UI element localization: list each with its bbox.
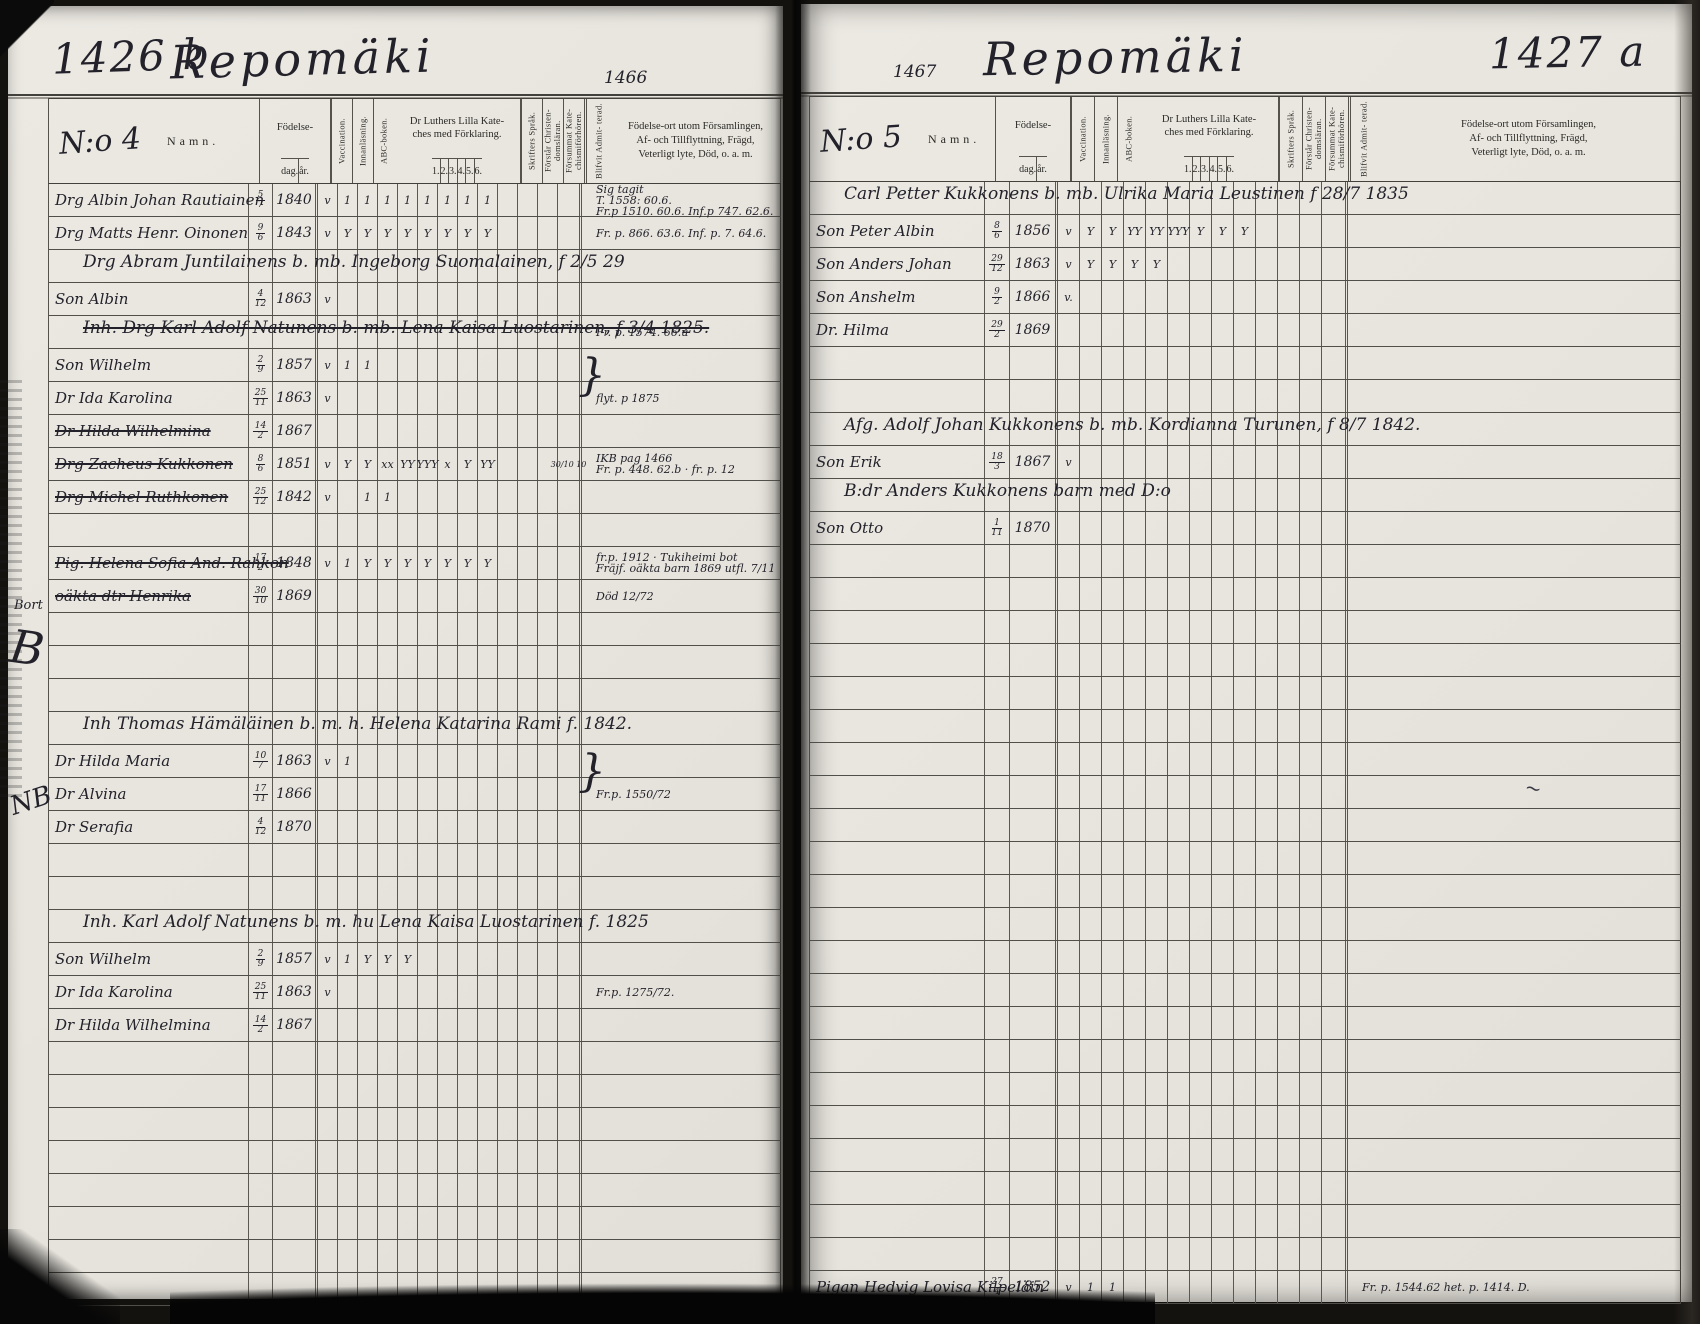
cell: [1124, 314, 1146, 346]
cell: [458, 1075, 478, 1107]
cell: [478, 844, 498, 876]
cell: [1212, 1238, 1234, 1270]
cell: [1300, 248, 1322, 280]
cell: [1080, 974, 1102, 1006]
cell: [418, 1174, 438, 1206]
cell: YYY: [1168, 215, 1190, 247]
cell: [1322, 380, 1348, 412]
note-cell: [582, 1108, 781, 1140]
cell: [1146, 677, 1168, 709]
cell: [1102, 1040, 1124, 1072]
table-row: B:dr Anders Kukkonens barn med D:o: [810, 479, 1681, 512]
cell: [1322, 1106, 1348, 1138]
entry-name-cell: [810, 1139, 985, 1171]
cell: [1234, 380, 1256, 412]
cell: [1256, 1073, 1278, 1105]
cell: [1058, 512, 1080, 544]
birth-day-cell: [985, 578, 1010, 610]
cell: [498, 844, 518, 876]
cell: [378, 382, 398, 414]
cell: [1168, 1007, 1190, 1039]
cell: [1278, 347, 1300, 379]
cell: Y: [358, 943, 378, 975]
birth-day-cell: [249, 844, 273, 876]
birth-year-cell: 1867: [273, 415, 318, 447]
cell: [458, 613, 478, 645]
entry-name-cell: [810, 578, 985, 610]
cell: [438, 349, 458, 381]
cell: [458, 1009, 478, 1041]
cell: [398, 1009, 418, 1041]
cell: [1058, 842, 1080, 874]
note-header-line2: Af- och Tillflyttning, Frägd,: [1469, 132, 1587, 146]
cell: Y: [378, 547, 398, 579]
cell: [518, 1108, 538, 1140]
cell: [1322, 974, 1348, 1006]
cell: [1256, 1139, 1278, 1171]
cell: [1256, 776, 1278, 808]
left-page: 1426 b Repomäki 1466 Bort B NB N:o 4 Nam…: [8, 6, 783, 1299]
cell: [1256, 248, 1278, 280]
cell: [1278, 974, 1300, 1006]
table-row: [49, 877, 781, 910]
cell: [458, 778, 478, 810]
cell: [378, 877, 398, 909]
birth-day-cell: 29: [249, 349, 273, 381]
cell: [378, 1075, 398, 1107]
birth-year-cell: [273, 1108, 318, 1140]
note-cell: flyt. p 1875: [582, 382, 781, 414]
cell: [1190, 479, 1212, 511]
header-vaccination: Vaccination.: [331, 99, 352, 183]
table-row: Inh. Karl Adolf Natunens b. m. hu Lena K…: [49, 910, 781, 943]
cell: [358, 382, 378, 414]
cell: [1300, 281, 1322, 313]
note-cell: [582, 679, 781, 711]
note-cell: [582, 1009, 781, 1041]
cell: [1146, 347, 1168, 379]
cell: [458, 349, 478, 381]
cell: [1190, 842, 1212, 874]
cell: [398, 1207, 418, 1239]
entry-name-cell: [810, 875, 985, 907]
cell: [518, 745, 538, 777]
cell: [1322, 1040, 1348, 1072]
entry-name-cell: Dr Ida Karolina: [49, 382, 249, 414]
birth-day-cell: 86: [985, 215, 1010, 247]
cell: [1080, 611, 1102, 643]
cell: [1256, 380, 1278, 412]
cell: [1190, 512, 1212, 544]
cell: [418, 1240, 438, 1272]
cell: [538, 1141, 558, 1173]
cell: [1256, 347, 1278, 379]
cell: [1300, 710, 1322, 742]
note-cell: Sig tagitT. 1558: 60.6.Fr.p 1510. 60.6. …: [582, 184, 781, 216]
cell: Y: [478, 547, 498, 579]
birth-day-cell: 1711: [249, 778, 273, 810]
table-row: [810, 578, 1681, 611]
cell: 1: [358, 481, 378, 513]
archival-scan: 1426 b Repomäki 1466 Bort B NB N:o 4 Nam…: [0, 0, 1700, 1324]
cell: [518, 844, 538, 876]
table-row: Dr Alvina17111866Fr.p. 1550/72: [49, 778, 781, 811]
cell: [1080, 314, 1102, 346]
table-row: [810, 347, 1681, 380]
cell: [418, 1075, 438, 1107]
note-cell: Död 12/72: [582, 580, 781, 612]
kateches-line2: ches med Förklaring.: [413, 129, 502, 140]
cell: v: [318, 547, 338, 579]
fodelse-label: Födelse-: [1013, 97, 1053, 156]
birth-day-cell: [249, 1207, 273, 1239]
header-innanlasning: Innanläsning.: [352, 99, 373, 183]
left-tbody: Drg Albin Johan Rautiainen571840v1111111…: [48, 184, 781, 1306]
header-innanlasning: Innanläsning.: [1094, 97, 1117, 181]
note-header-line2: Af- och Tillflyttning, Frägd,: [636, 134, 754, 148]
cell: Y: [418, 547, 438, 579]
cell: [1300, 743, 1322, 775]
entry-name-cell: Dr Hilda Wilhelmina: [49, 1009, 249, 1041]
cell: [418, 679, 438, 711]
cell: [538, 1009, 558, 1041]
cell: [558, 580, 582, 612]
photo-corner-shadow: [0, 0, 54, 62]
cell: [1300, 512, 1322, 544]
header-fodelse: Födelse- dag. år.: [996, 97, 1071, 181]
cell: [1212, 941, 1234, 973]
cell: [1300, 677, 1322, 709]
cell: [538, 745, 558, 777]
entry-name: B:dr Anders Kukkonens barn med D:o: [844, 481, 1171, 501]
birth-year-cell: 1851: [273, 448, 318, 480]
cell: [358, 1009, 378, 1041]
note-cell: [1348, 941, 1681, 973]
cell: [1278, 710, 1300, 742]
birth-day-cell: 29: [249, 943, 273, 975]
entry-name-cell: [810, 545, 985, 577]
entry-name-cell: [810, 380, 985, 412]
cell: [1168, 479, 1190, 511]
birth-year-cell: [1010, 974, 1058, 1006]
cell: [398, 679, 418, 711]
entry-name: Carl Petter Kukkonens b. mb. Ulrika Mari…: [844, 184, 1409, 204]
cell: [1190, 446, 1212, 478]
cell: [458, 844, 478, 876]
entry-name-cell: Dr. Hilma: [810, 314, 985, 346]
cell: [398, 646, 418, 678]
cell: [1300, 1238, 1322, 1270]
cell: [338, 778, 358, 810]
birth-day-cell: [985, 611, 1010, 643]
cell: [1058, 809, 1080, 841]
cell: [458, 811, 478, 843]
entry-name: Inh. Karl Adolf Natunens b. m. hu Lena K…: [83, 912, 649, 932]
table-row: [49, 1075, 781, 1108]
birth-year-cell: [1010, 545, 1058, 577]
cell: [1146, 710, 1168, 742]
cell: [338, 514, 358, 546]
cell: [338, 679, 358, 711]
birth-day-cell: 92: [985, 281, 1010, 313]
birth-year-cell: [1010, 611, 1058, 643]
cell: [538, 679, 558, 711]
cell: v: [318, 184, 338, 216]
cell: 1: [358, 184, 378, 216]
table-row: oäkta dtr Henrika30101869Död 12/72: [49, 580, 781, 613]
cell: [338, 877, 358, 909]
cell: [538, 1207, 558, 1239]
cell: [378, 1141, 398, 1173]
cell: [498, 1075, 518, 1107]
header-abc-boken: ABC-boken.: [1117, 97, 1140, 181]
birth-year-cell: 1840: [273, 184, 318, 216]
cell: [1168, 314, 1190, 346]
cell: [478, 745, 498, 777]
birth-day-cell: 3010: [249, 580, 273, 612]
cell: [1080, 908, 1102, 940]
entry-name-cell: Dr Hilda Wilhelmina: [49, 415, 249, 447]
table-row: Son Peter Albin861856vYYYYYYYYYYYY: [810, 215, 1681, 248]
birth-day-cell: [985, 710, 1010, 742]
birth-day-cell: [985, 974, 1010, 1006]
table-row: Son Wilhelm291857v11: [49, 349, 781, 382]
table-row: [810, 743, 1681, 776]
cell: [478, 580, 498, 612]
cell: [1080, 875, 1102, 907]
cell: [1278, 1106, 1300, 1138]
cell: [1256, 1271, 1278, 1303]
cell: [398, 415, 418, 447]
entry-name-cell: [49, 1075, 249, 1107]
cell: [518, 1174, 538, 1206]
entry-name-cell: Son Anshelm: [810, 281, 985, 313]
cell: [538, 1108, 558, 1140]
cell: [318, 1207, 338, 1239]
cell: [1190, 380, 1212, 412]
cell: [418, 877, 438, 909]
cell: Y: [358, 547, 378, 579]
cell: [538, 646, 558, 678]
birth-year-cell: 1863: [273, 745, 318, 777]
birth-day-cell: [249, 1174, 273, 1206]
book-gutter-shadow: [775, 0, 811, 1324]
cell: [1080, 512, 1102, 544]
cell: [378, 415, 398, 447]
table-row: [810, 1205, 1681, 1238]
cell: [518, 1240, 538, 1272]
cell: [1168, 974, 1190, 1006]
cell: [1124, 875, 1146, 907]
cell: [458, 1141, 478, 1173]
header-rule: [8, 94, 783, 96]
cell: [1190, 347, 1212, 379]
cell: [1058, 347, 1080, 379]
entry-name-cell: Son Otto: [810, 512, 985, 544]
cell: [458, 877, 478, 909]
birth-year-cell: 1866: [1010, 281, 1058, 313]
birth-day-cell: [985, 842, 1010, 874]
cell: [1300, 314, 1322, 346]
register-table: N:o 4 Namn. Födelse- dag. år. Vaccinatio…: [48, 98, 781, 1306]
entry-name-cell: [810, 941, 985, 973]
cell: [538, 184, 558, 216]
cell: [398, 778, 418, 810]
table-row: [49, 613, 781, 646]
entry-name-cell: [810, 611, 985, 643]
cell: [1168, 1139, 1190, 1171]
cell: [1102, 1238, 1124, 1270]
kateches-col-4: 4.: [1210, 157, 1219, 181]
cell: [1058, 314, 1080, 346]
cell: [498, 679, 518, 711]
birth-day-cell: 96: [249, 217, 273, 249]
entry-name-cell: [49, 679, 249, 711]
cell: 1: [338, 745, 358, 777]
cell: [338, 811, 358, 843]
cell: [1146, 809, 1168, 841]
cell: [498, 415, 518, 447]
cell: [1168, 842, 1190, 874]
cell: [1300, 1007, 1322, 1039]
cell: [438, 976, 458, 1008]
cell: [478, 613, 498, 645]
entry-name-cell: Pig. Helena Sofia And. Rahkon: [49, 547, 249, 579]
kateches-col-3: 3.: [449, 159, 458, 183]
cell: [478, 976, 498, 1008]
cell: [1102, 1106, 1124, 1138]
cell: [1102, 809, 1124, 841]
cell: [438, 283, 458, 315]
cell: [458, 1240, 478, 1272]
cell: [1212, 776, 1234, 808]
note-cell: [1348, 776, 1681, 808]
cell: [1256, 1172, 1278, 1204]
entry-name-cell: [810, 842, 985, 874]
cell: [398, 976, 418, 1008]
cell: [1256, 1106, 1278, 1138]
table-row: Inh. Drg Karl Adolf Natunens b. mb. Lena…: [49, 316, 781, 349]
cell: [1190, 248, 1212, 280]
cell: [1058, 908, 1080, 940]
entry-name-cell: [810, 644, 985, 676]
cell: [1278, 1139, 1300, 1171]
cell: [518, 877, 538, 909]
cell: [1256, 941, 1278, 973]
cell: [1300, 908, 1322, 940]
birth-year-cell: 1867: [273, 1009, 318, 1041]
cell: [1278, 611, 1300, 643]
cell: Y: [378, 217, 398, 249]
cell: Y: [338, 217, 358, 249]
cell: [1300, 1271, 1322, 1303]
note-header-line1: Födelse-ort utom Församlingen,: [628, 120, 763, 134]
cell: [1146, 314, 1168, 346]
cell: [338, 1042, 358, 1074]
table-row: Son Wilhelm291857v1YYY: [49, 943, 781, 976]
birth-year-cell: [1010, 743, 1058, 775]
cell: [1146, 776, 1168, 808]
cell: [558, 1042, 582, 1074]
birth-day-cell: 142: [249, 415, 273, 447]
entry-name-cell: Son Erik: [810, 446, 985, 478]
cell: [538, 349, 558, 381]
birth-day-cell: [249, 1141, 273, 1173]
cell: [518, 778, 538, 810]
cell: [418, 1042, 438, 1074]
birth-year-cell: [1010, 809, 1058, 841]
table-row: Dr Hilda Wilhelmina1421867: [49, 1009, 781, 1042]
cell: [1146, 512, 1168, 544]
cell: [1168, 644, 1190, 676]
birth-year-cell: [1010, 677, 1058, 709]
cell: [438, 613, 458, 645]
birth-day-cell: [985, 644, 1010, 676]
cell: [518, 1075, 538, 1107]
cell: [478, 679, 498, 711]
cell: [518, 184, 538, 216]
cell: [558, 1207, 582, 1239]
entry-name-cell: [49, 1141, 249, 1173]
birth-day-cell: [985, 743, 1010, 775]
cell: [1190, 644, 1212, 676]
cell: [1256, 1238, 1278, 1270]
fodelse-label: Födelse-: [275, 99, 315, 158]
cell: [1234, 677, 1256, 709]
cell: [1278, 842, 1300, 874]
note-cell: Fr.p. 1275/72.: [582, 976, 781, 1008]
cell: [1300, 1106, 1322, 1138]
cell: 1: [398, 184, 418, 216]
cell: [1322, 1172, 1348, 1204]
cell: [478, 1141, 498, 1173]
birth-year-cell: [1010, 1007, 1058, 1039]
note-cell: [1348, 809, 1681, 841]
note-cell: Fr. p. 1544.62 het. p. 1414. D.: [1348, 1271, 1681, 1303]
cell: [1146, 1238, 1168, 1270]
cell: [558, 415, 582, 447]
cell: [418, 844, 438, 876]
cell: [338, 415, 358, 447]
birth-day-cell: [249, 877, 273, 909]
cell: [478, 811, 498, 843]
cell: [1190, 743, 1212, 775]
cell: [358, 415, 378, 447]
cell: [1124, 1106, 1146, 1138]
cell: [1234, 512, 1256, 544]
cell: [358, 1141, 378, 1173]
cell: [358, 1108, 378, 1140]
cell: [498, 745, 518, 777]
cell: [1190, 974, 1212, 1006]
cell: [1124, 1205, 1146, 1237]
cell: [1058, 611, 1080, 643]
cell: [1102, 1139, 1124, 1171]
cell: [518, 943, 538, 975]
cell: v: [318, 976, 338, 1008]
note-cell: [582, 415, 781, 447]
birth-day-cell: [249, 613, 273, 645]
birth-day-cell: [985, 677, 1010, 709]
cell: [558, 844, 582, 876]
entry-name-cell: Son Wilhelm: [49, 349, 249, 381]
table-row: [49, 844, 781, 877]
note-cell: [582, 877, 781, 909]
cell: [458, 679, 478, 711]
cell: [418, 349, 438, 381]
birth-year-cell: 1866: [273, 778, 318, 810]
birth-year-cell: 1842: [273, 481, 318, 513]
